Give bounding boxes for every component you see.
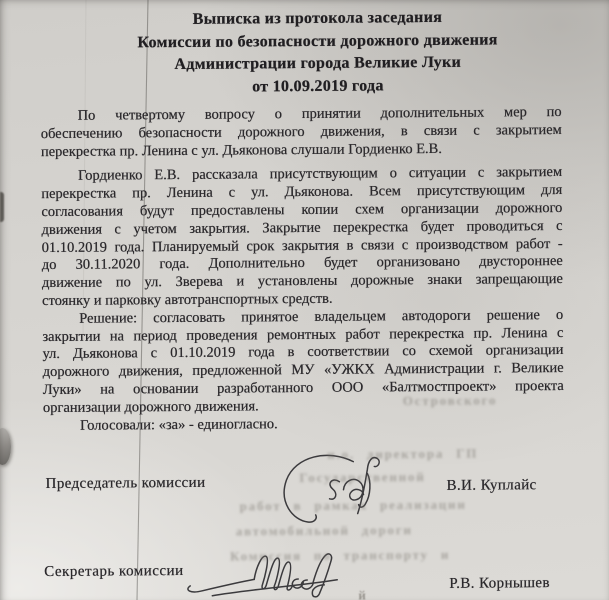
- document-text: По четвертому вопросу о принятии дополни…: [40, 104, 564, 435]
- chairman-label: Председатель комиссии: [45, 475, 205, 493]
- paragraph-2: Гордиенко Е.В. рассказала присутствующим…: [41, 164, 563, 310]
- photographed-document-page: Выписка из протокола заседания Комиссии …: [0, 0, 609, 600]
- bleedthrough-text: и.о. директора ГП: [327, 446, 478, 463]
- bleedthrough-text: Комиссия по транспорту и: [230, 547, 450, 565]
- title-line: от 10.09.2019 года: [28, 73, 607, 100]
- paragraph-vote: Голосовали: «за» - единогласно.: [43, 414, 564, 436]
- bleedthrough-text: Государственной: [299, 469, 425, 486]
- paragraph-line: перекрестка пр. Ленина с ул. Дьяконова с…: [41, 140, 562, 162]
- vote-line: Голосовали: «за» - единогласно.: [43, 414, 564, 436]
- bleedthrough-text: й: [358, 588, 367, 600]
- secretary-name: Р.В. Корнышев: [449, 575, 550, 593]
- paragraph-1: По четвертому вопросу о принятии дополни…: [40, 104, 561, 161]
- document-body: Выписка из протокола заседания Комиссии …: [0, 0, 609, 600]
- bleedthrough-text: работ в рамках реализации: [240, 497, 467, 515]
- bleedthrough-text: Островского: [403, 392, 498, 409]
- secretary-signature: [182, 537, 347, 600]
- bleedthrough-text: автомобильной дороги: [236, 522, 413, 539]
- document-title: Выписка из протокола заседания Комиссии …: [0, 6, 607, 101]
- chairman-name: В.И. Куплайс: [446, 477, 536, 495]
- secretary-label: Секретарь комиссии: [44, 563, 184, 581]
